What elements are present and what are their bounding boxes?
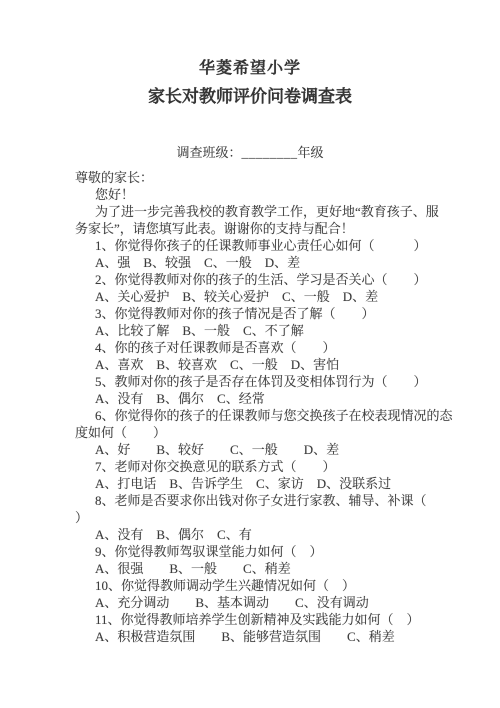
class-field-suffix: 年级	[298, 145, 324, 160]
intro-line-2: 务家长”，请您填写此表。谢谢你的支持与配合！	[75, 220, 460, 237]
question-3: 3、你觉得教师对你的孩子情况是否了解（ ）	[75, 305, 460, 322]
question-7-options: A、打电话 B、告诉学生 C、家访 D、没联系过	[75, 475, 460, 492]
question-9-options: A、很强 B、一般 C、稍差	[75, 560, 460, 577]
question-6: 6、你觉得你的孩子的任课教师与您交换孩子在校表现情况的态	[75, 407, 460, 424]
school-name: 华菱希望小学	[0, 0, 500, 78]
salutation-line: 尊敬的家长：	[75, 169, 460, 186]
question-5: 5、教师对你的孩子是否存在体罚及变相体罚行为（ ）	[75, 373, 460, 390]
class-field-label: 调查班级：	[176, 145, 241, 160]
question-10-options: A、充分调动 B、基本调动 C、没有调动	[75, 594, 460, 611]
question-1: 1、你觉得你孩子的任课教师事业心责任心如何（ ）	[75, 237, 460, 254]
question-6-wrap: 度如何（ ）	[75, 424, 460, 441]
question-2: 2、你觉得教师对你的孩子的生活、学习是否关心（ ）	[75, 271, 460, 288]
question-6-options: A、好 B、较好 C、一般 D、差	[75, 441, 460, 458]
question-1-options: A、强 B、较强 C、一般 D、差	[75, 254, 460, 271]
question-8: 8、老师是否要求你出钱对你子女进行家教、辅导、补课（	[75, 492, 460, 509]
question-2-options: A、关心爱护 B、较关心爱护 C、一般 D、差	[75, 288, 460, 305]
question-9: 9、你觉得教师驾驭课堂能力如何（ ）	[75, 543, 460, 560]
intro-line-1: 为了进一步完善我校的教育教学工作，更好地“教育孩子、服	[75, 203, 460, 220]
questionnaire-page: 华菱希望小学 家长对教师评价问卷调查表 调查班级：________年级 尊敬的家…	[0, 0, 500, 708]
question-11-options: A、积极营造氛围 B、能够营造氛围 C、稍差	[75, 628, 460, 645]
question-5-options: A、没有 B、偶尔 C、经常	[75, 390, 460, 407]
question-4: 4、你的孩子对任课教师是否喜欢（ ）	[75, 339, 460, 356]
question-8-wrap: ）	[75, 509, 460, 526]
question-11: 11、你觉得教师培养学生创新精神及实践能力如何（ ）	[75, 611, 460, 628]
form-title: 家长对教师评价问卷调查表	[0, 86, 500, 108]
class-field-blank: ________	[242, 145, 298, 160]
question-3-options: A、比较了解 B、一般 C、不了解	[75, 322, 460, 339]
question-7: 7、老师对你交换意见的联系方式（ ）	[75, 458, 460, 475]
class-field: 调查班级：________年级	[0, 146, 500, 160]
greeting-line: 您好！	[75, 186, 460, 203]
question-8-options: A、没有 B、偶尔 C、有	[75, 526, 460, 543]
question-10: 10、你觉得教师调动学生兴趣情况如何（ ）	[75, 577, 460, 594]
question-4-options: A、喜欢 B、较喜欢 C、一般 D、害怕	[75, 356, 460, 373]
document-body: 尊敬的家长： 您好！ 为了进一步完善我校的教育教学工作，更好地“教育孩子、服 务…	[75, 169, 460, 645]
